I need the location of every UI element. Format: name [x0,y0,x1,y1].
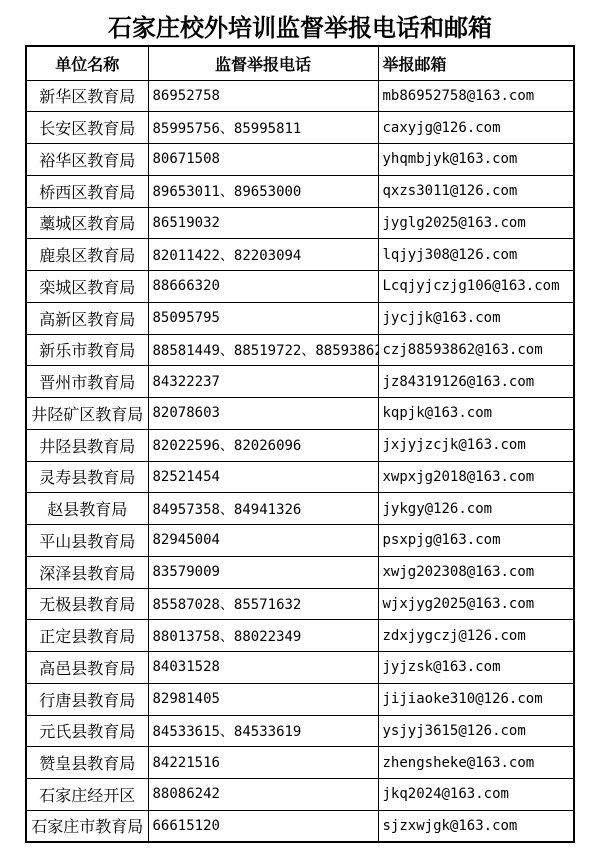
report-email-cell: kqpjk@163.com [378,398,574,430]
table-row: 井陉矿区教育局 82078603 kqpjk@163.com [26,398,574,430]
report-phone-cell: 66615120 [148,810,378,842]
table-row: 高邑县教育局 84031528 jyjzsk@163.com [26,652,574,684]
unit-name-cell: 石家庄经开区 [26,779,148,811]
report-phone-cell: 84322237 [148,366,378,398]
unit-name-cell: 元氏县教育局 [26,715,148,747]
report-phone-cell: 84533615、84533619 [148,715,378,747]
report-email-cell: yhqmbjyk@163.com [378,144,574,176]
report-phone-cell: 82521454 [148,461,378,493]
table-row: 桥西区教育局 89653011、89653000 qxzs3011@126.co… [26,175,574,207]
report-email-cell: wjxjyg2025@163.com [378,588,574,620]
table-row: 深泽县教育局 83579009 xwjg202308@163.com [26,556,574,588]
unit-name-cell: 井陉县教育局 [26,429,148,461]
unit-name-cell: 行唐县教育局 [26,683,148,715]
report-phone-cell: 88086242 [148,779,378,811]
report-email-cell: jyglg2025@163.com [378,207,574,239]
unit-name-cell: 灵寿县教育局 [26,461,148,493]
unit-name-cell: 石家庄市教育局 [26,810,148,842]
table-row: 元氏县教育局 84533615、84533619 ysjyj3615@126.c… [26,715,574,747]
report-email-cell: mb86952758@163.com [378,80,574,112]
report-email-cell: jxjyjzcjk@163.com [378,429,574,461]
report-email-cell: qxzs3011@126.com [378,175,574,207]
report-email-cell: jyjzsk@163.com [378,652,574,684]
table-row: 井陉县教育局 82022596、82026096 jxjyjzcjk@163.c… [26,429,574,461]
header-unit-name: 单位名称 [26,46,148,80]
unit-name-cell: 裕华区教育局 [26,144,148,176]
unit-name-cell: 高邑县教育局 [26,652,148,684]
report-phone-cell: 82011422、82203094 [148,239,378,271]
table-row: 长安区教育局 85995756、85995811 caxyjg@126.com [26,112,574,144]
table-row: 裕华区教育局 80671508 yhqmbjyk@163.com [26,144,574,176]
report-email-cell: ysjyj3615@126.com [378,715,574,747]
document-page: 石家庄校外培训监督举报电话和邮箱 单位名称 监督举报电话 举报邮箱 新华区教育局… [0,0,600,860]
report-phone-cell: 85587028、85571632 [148,588,378,620]
report-email-cell: jkq2024@163.com [378,779,574,811]
report-email-cell: sjzxwjgk@163.com [378,810,574,842]
unit-name-cell: 正定县教育局 [26,620,148,652]
unit-name-cell: 晋州市教育局 [26,366,148,398]
table-row: 正定县教育局 88013758、88022349 zdxjygczj@126.c… [26,620,574,652]
report-phone-cell: 80671508 [148,144,378,176]
report-email-cell: jykgy@126.com [378,493,574,525]
report-contacts-table: 单位名称 监督举报电话 举报邮箱 新华区教育局 86952758 mb86952… [25,45,575,843]
header-report-email: 举报邮箱 [378,46,574,80]
unit-name-cell: 高新区教育局 [26,302,148,334]
report-phone-cell: 82022596、82026096 [148,429,378,461]
report-phone-cell: 85995756、85995811 [148,112,378,144]
report-email-cell: jijiaoke310@126.com [378,683,574,715]
table-body: 新华区教育局 86952758 mb86952758@163.com 长安区教育… [26,80,574,842]
header-report-phone: 监督举报电话 [148,46,378,80]
report-email-cell: czj88593862@163.com [378,334,574,366]
table-row: 新乐市教育局 88581449、88519722、88593862 czj885… [26,334,574,366]
unit-name-cell: 桥西区教育局 [26,175,148,207]
report-phone-cell: 89653011、89653000 [148,175,378,207]
unit-name-cell: 栾城区教育局 [26,271,148,303]
report-email-cell: xwjg202308@163.com [378,556,574,588]
report-email-cell: psxpjg@163.com [378,525,574,557]
table-row: 鹿泉区教育局 82011422、82203094 lqjyj308@126.co… [26,239,574,271]
report-email-cell: jycjjk@163.com [378,302,574,334]
page-title: 石家庄校外培训监督举报电话和邮箱 [0,0,600,43]
unit-name-cell: 新乐市教育局 [26,334,148,366]
table-row: 晋州市教育局 84322237 jz84319126@163.com [26,366,574,398]
unit-name-cell: 赵县教育局 [26,493,148,525]
report-email-cell: caxyjg@126.com [378,112,574,144]
report-phone-cell: 88581449、88519722、88593862 [148,334,378,366]
report-email-cell: Lcqjyjczjg106@163.com [378,271,574,303]
report-phone-cell: 82981405 [148,683,378,715]
unit-name-cell: 鹿泉区教育局 [26,239,148,271]
report-phone-cell: 88666320 [148,271,378,303]
table-row: 藁城区教育局 86519032 jyglg2025@163.com [26,207,574,239]
header-row: 单位名称 监督举报电话 举报邮箱 [26,46,574,80]
table-row: 高新区教育局 85095795 jycjjk@163.com [26,302,574,334]
report-phone-cell: 82945004 [148,525,378,557]
report-phone-cell: 86952758 [148,80,378,112]
table-row: 灵寿县教育局 82521454 xwpxjg2018@163.com [26,461,574,493]
report-phone-cell: 88013758、88022349 [148,620,378,652]
table-row: 石家庄经开区 88086242 jkq2024@163.com [26,779,574,811]
table-row: 赞皇县教育局 84221516 zhengsheke@163.com [26,747,574,779]
unit-name-cell: 无极县教育局 [26,588,148,620]
report-phone-cell: 85095795 [148,302,378,334]
report-email-cell: zhengsheke@163.com [378,747,574,779]
report-phone-cell: 84221516 [148,747,378,779]
table-row: 赵县教育局 84957358、84941326 jykgy@126.com [26,493,574,525]
table-row: 无极县教育局 85587028、85571632 wjxjyg2025@163.… [26,588,574,620]
unit-name-cell: 新华区教育局 [26,80,148,112]
table-row: 栾城区教育局 88666320 Lcqjyjczjg106@163.com [26,271,574,303]
table-row: 石家庄市教育局 66615120 sjzxwjgk@163.com [26,810,574,842]
table-row: 新华区教育局 86952758 mb86952758@163.com [26,80,574,112]
report-phone-cell: 84957358、84941326 [148,493,378,525]
table-row: 行唐县教育局 82981405 jijiaoke310@126.com [26,683,574,715]
report-email-cell: jz84319126@163.com [378,366,574,398]
unit-name-cell: 平山县教育局 [26,525,148,557]
unit-name-cell: 深泽县教育局 [26,556,148,588]
report-phone-cell: 84031528 [148,652,378,684]
unit-name-cell: 赞皇县教育局 [26,747,148,779]
report-phone-cell: 83579009 [148,556,378,588]
report-phone-cell: 82078603 [148,398,378,430]
report-email-cell: zdxjygczj@126.com [378,620,574,652]
report-phone-cell: 86519032 [148,207,378,239]
report-email-cell: xwpxjg2018@163.com [378,461,574,493]
report-email-cell: lqjyj308@126.com [378,239,574,271]
unit-name-cell: 长安区教育局 [26,112,148,144]
table-header: 单位名称 监督举报电话 举报邮箱 [26,46,574,80]
unit-name-cell: 藁城区教育局 [26,207,148,239]
unit-name-cell: 井陉矿区教育局 [26,398,148,430]
table-row: 平山县教育局 82945004 psxpjg@163.com [26,525,574,557]
